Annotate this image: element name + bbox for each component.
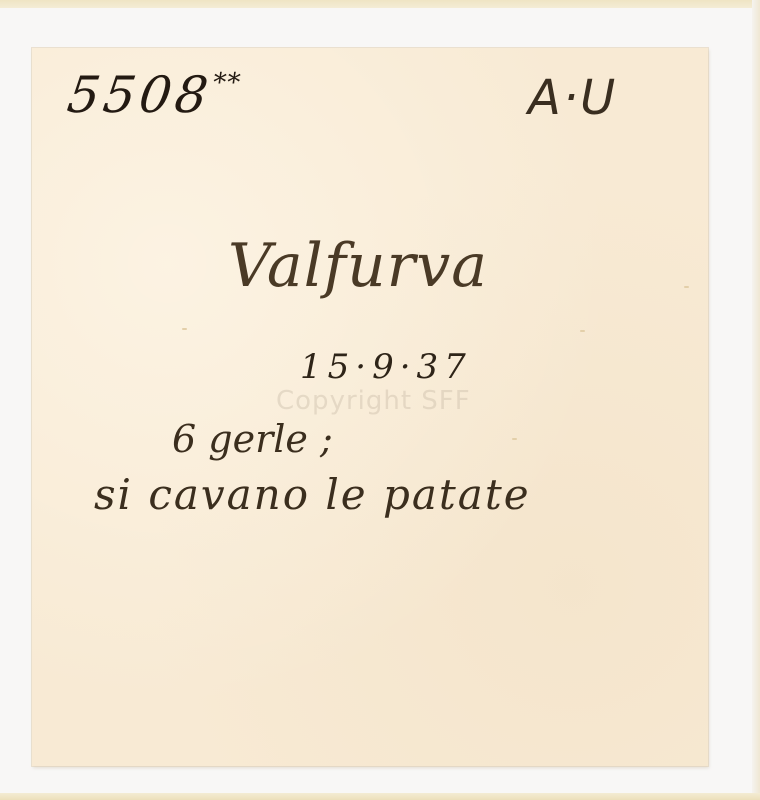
- paper-speck: [684, 286, 689, 288]
- mount-edge: [752, 0, 760, 800]
- bottom-border-strip: [0, 793, 760, 800]
- catalog-marks: **: [211, 68, 243, 98]
- catalog-number-value: 5508: [64, 66, 215, 124]
- place-name: Valfurva: [228, 236, 488, 296]
- note-line-2: si cavano le patate: [94, 474, 531, 516]
- paper-speck: [182, 328, 187, 330]
- archival-card: 5508** A·U Valfurva 15·9·37 Copyright SF…: [32, 48, 708, 766]
- date: 15·9·37: [300, 350, 472, 384]
- catalog-number: 5508**: [64, 70, 242, 120]
- top-border-strip: [0, 0, 760, 8]
- note-line-1: 6 gerle ;: [172, 420, 333, 458]
- author-initials: A·U: [528, 74, 617, 122]
- copyright-watermark: Copyright SFF: [276, 386, 471, 416]
- paper-speck: [580, 330, 585, 332]
- paper-speck: [512, 438, 517, 440]
